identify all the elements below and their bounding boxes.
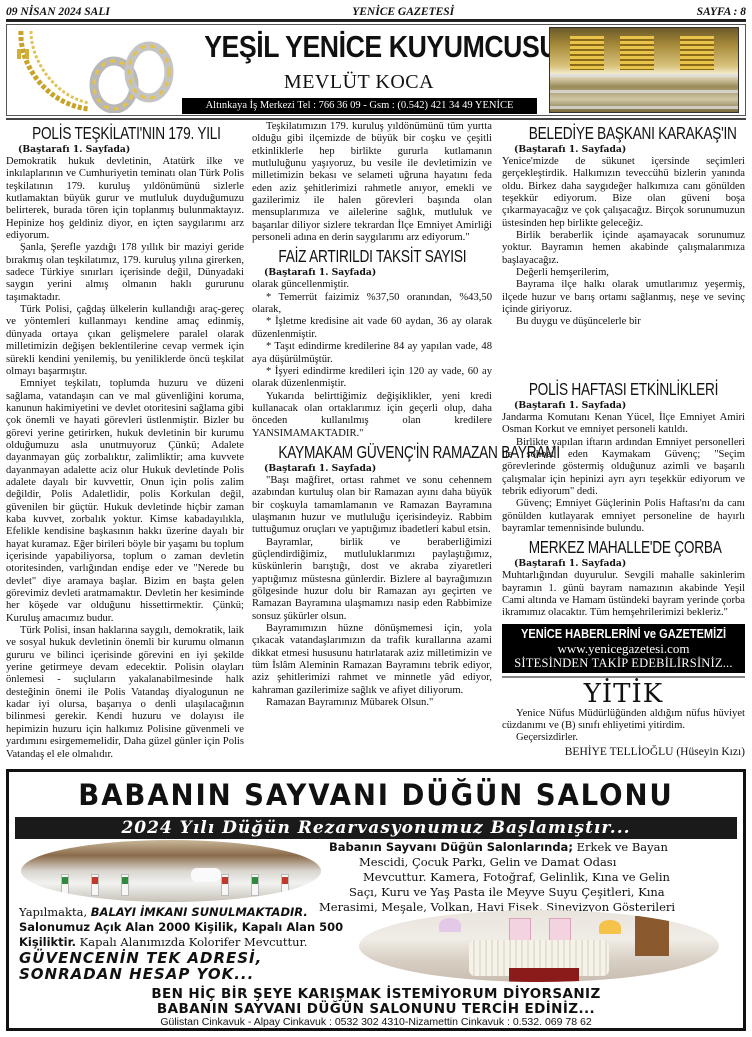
header-rule <box>6 19 746 22</box>
heating-text: Kapalı Alanımızda Kolorifer Mevcuttur. <box>80 935 308 949</box>
lost-notice-signature: BEHİYE TELLİOĞLU (Hüseyin Kızı) <box>502 746 745 758</box>
section-rule <box>6 118 746 120</box>
article-paragraph: Yenice'mizde de sükunet içersinde seçiml… <box>502 156 745 230</box>
made-text: Yapılmakta, <box>19 905 87 919</box>
continued-note: (Baştarafı 1. Sayfada) <box>502 558 745 570</box>
article-paragraph: Muhtarlığından duyurulur. Sevgili mahall… <box>502 570 745 619</box>
lost-notice-title: YİTİK <box>502 680 745 708</box>
article-paragraph: Yukarıda belirttiğimiz değişiklikler, ye… <box>252 391 492 440</box>
page-header: 09 NİSAN 2024 SALI YENİCE GAZETESİ SAYFA… <box>6 4 746 19</box>
services-line: Mescidi, Çocuk Parkı, Gelin ve Damat Oda… <box>329 855 741 870</box>
article-paragraph: Birlikte yapılan iftarın ardından Emniye… <box>502 437 745 499</box>
article-headline: MERKEZ MAHALLE'DE ÇORBA <box>529 537 719 557</box>
article-paragraph: Bayramlar, birlik ve beraberliğimizi güç… <box>252 537 492 623</box>
article-paragraph: Türk Polisi, insan haklarına saygılı, de… <box>6 625 244 761</box>
article-paragraph: Teşkilatımızın 179. kuruluş yıldönümünü … <box>252 121 492 244</box>
article-paragraph: Değerli hemşerilerim, <box>502 267 745 279</box>
promo-website-link[interactable]: www.yenicegazetesi.com <box>502 641 745 656</box>
contact-phones: Gülistan Cinkavuk - Alpay Cinkavuk : 053… <box>9 1016 743 1028</box>
article-paragraph: Bu duygu ve düşüncelerle bir <box>502 316 745 328</box>
article-paragraph: * Taşıt edindirme kredilerine 84 ay yapı… <box>252 341 492 366</box>
jeweler-advertisement: YEŞİL YENİCE KUYUMCUSU MEVLÜT KOCA Altın… <box>6 24 746 116</box>
article-paragraph: Türk Polisi, çağdaş ülkelerin kullandığı… <box>6 304 244 378</box>
services-lead: Babanın Sayvanı Düğün Salonlarında; <box>329 840 573 854</box>
article-paragraph: Ramazan Bayramınız Mübarek Olsun." <box>252 697 492 709</box>
article-headline: KAYMAKAM GÜVENÇ'İN RAMAZAN BAYRAMI <box>278 442 465 462</box>
article-paragraph: Güvenç; Emniyet Güçlerinin Polis Haftası… <box>502 498 745 535</box>
article-headline: POLİS HAFTASI ETKİNLİKLERİ <box>529 379 719 399</box>
promo-line-1: YENİCE HABERLERİNİ ve GAZETEMİZİ <box>520 626 727 641</box>
article-paragraph: * İşletme kredisine ait vade 60 aydan, 3… <box>252 316 492 341</box>
promo-rule <box>502 676 745 678</box>
lost-notice-note: Geçersizdirler. <box>502 732 745 744</box>
promo-line-3: SİTESİNDEN TAKİP EDEBİLİRSİNİZ... <box>502 656 745 671</box>
services-line: Mevcuttur. Kamera, Fotoğraf, Gelinlik, K… <box>329 870 741 885</box>
article-headline: FAİZ ARTIRILDI TAKSİT SAYISI <box>278 246 465 266</box>
article-paragraph: Bayrama ilçe halkı olarak umutlarımız ye… <box>502 279 745 316</box>
wedding-hall-advertisement: BABANIN SAYVANI DÜĞÜN SALONU 2024 Yılı D… <box>6 769 746 1031</box>
article-paragraph: * Temerrüt faizimiz %37,50 oranından, %4… <box>252 292 492 317</box>
newspaper-name: YENİCE GAZETESİ <box>352 6 454 18</box>
services-info: Babanın Sayvanı Düğün Salonlarında; Erke… <box>329 840 741 915</box>
article-headline: BELEDİYE BAŞKANI KARAKAŞ'IN <box>529 123 719 143</box>
website-promo-box: YENİCE HABERLERİNİ ve GAZETEMİZİ www.yen… <box>502 624 745 673</box>
column-middle: Teşkilatımızın 179. kuruluş yıldönümünü … <box>252 121 492 709</box>
closing-line-1: BEN HİÇ BİR ŞEYE KARIŞMAK İSTEMİYORUM Dİ… <box>9 987 743 1002</box>
continued-note: (Baştarafı 1. Sayfada) <box>502 400 745 412</box>
article-paragraph: olarak güncellenmiştir. <box>252 279 492 291</box>
article-paragraph: "Başı mağfiret, ortası rahmet ve sonu ce… <box>252 475 492 537</box>
jeweler-contact: Altınkaya İş Merkezi Tel : 766 36 09 - G… <box>182 98 537 114</box>
services-line: Erkek ve Bayan <box>577 840 668 854</box>
closing-message: BEN HİÇ BİR ŞEYE KARIŞMAK İSTEMİYORUM Dİ… <box>9 987 743 1017</box>
article-paragraph: * İşyeri edindirme kredileri için 120 ay… <box>252 366 492 391</box>
capacity-info: Yapılmakta, BALAYI İMKANI SUNULMAKTADIR.… <box>19 905 364 982</box>
article-headline: POLİS TEŞKİLATI'NIN 179. YILI <box>32 123 218 143</box>
article-paragraph: Bayramımızın hüzne dönüşmemesi için, yol… <box>252 623 492 697</box>
services-line: Saçı, Kuru ve Yaş Pasta ile Meyve Suyu Ç… <box>329 885 741 900</box>
jeweler-owner: MEVLÜT KOCA <box>179 71 539 94</box>
article-paragraph: Şanla, Şerefle yazdığı 178 yıllık bir ma… <box>6 242 244 304</box>
jeweler-name: YEŞİL YENİCE KUYUMCUSU <box>204 29 514 65</box>
continued-note: (Baştarafı 1. Sayfada) <box>252 463 492 475</box>
wedding-hall-garden-photo <box>21 840 321 902</box>
issue-date: 09 NİSAN 2024 SALI <box>6 6 110 18</box>
reservation-banner: 2024 Yılı Düğün Rezarvasyonumuz Başlamış… <box>15 817 737 839</box>
slogan-line-2: SONRADAN HESAP YOK... <box>19 966 364 982</box>
wedding-hall-stage-photo <box>359 910 719 982</box>
closing-line-2: BABANIN SAYVANI DÜĞÜN SALONUNU TERCİH ED… <box>9 1002 743 1017</box>
column-left: POLİS TEŞKİLATI'NIN 179. YILI (Baştarafı… <box>6 121 244 761</box>
jewelry-shop-photo <box>549 27 739 113</box>
continued-note: (Baştarafı 1. Sayfada) <box>252 267 492 279</box>
article-paragraph: Demokratik hukuk devletinin, Atatürk ilk… <box>6 156 244 242</box>
gold-necklace-and-rings-icon <box>9 27 179 113</box>
lost-notice-text: Yenice Nüfus Müdürlüğünden aldığım nüfus… <box>502 708 745 733</box>
page-number: SAYFA : 8 <box>697 6 746 18</box>
continued-note: (Baştarafı 1. Sayfada) <box>6 144 244 156</box>
wedding-hall-name: BABANIN SAYVANI DÜĞÜN SALONU <box>27 778 724 812</box>
honeymoon-text: BALAYI İMKANI SUNULMAKTADIR. <box>91 905 308 919</box>
article-paragraph: Emniyet teşkilatı, toplumda huzuru ve dü… <box>6 378 244 625</box>
article-paragraph: Jandarma Komutanı Kenan Yücel, İlçe Emni… <box>502 412 745 437</box>
article-paragraph: Birlik beraberlik içinde aşamayacak soru… <box>502 230 745 267</box>
slogan-line-1: GÜVENCENİN TEK ADRESİ, <box>19 950 364 966</box>
column-right: BELEDİYE BAŞKANI KARAKAŞ'IN (Baştarafı 1… <box>502 121 745 758</box>
continued-note: (Baştarafı 1. Sayfada) <box>502 144 745 156</box>
